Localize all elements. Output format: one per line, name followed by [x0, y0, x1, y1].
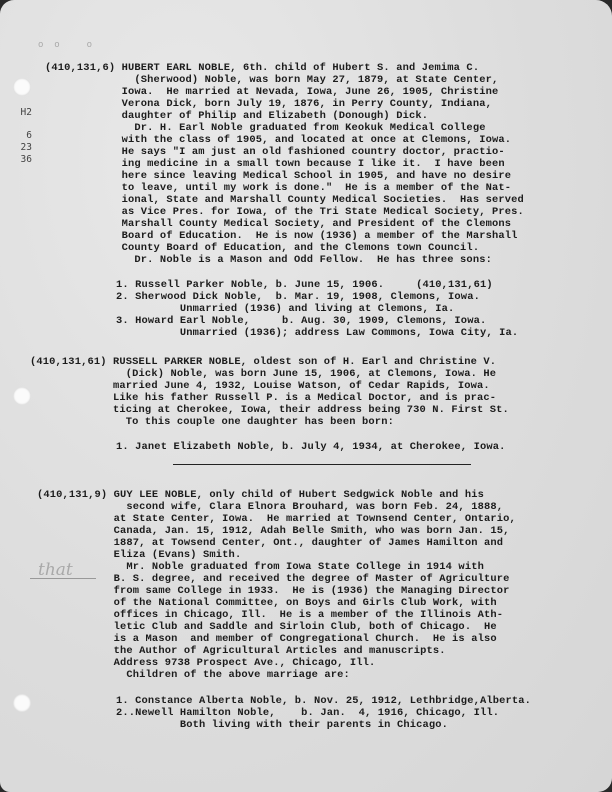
entry3-line: is a Mason and member of Congregational …: [37, 633, 497, 645]
handwritten-note: that: [38, 560, 73, 580]
entry3-line: offices in Chicago, Ill. He is a member …: [37, 609, 503, 621]
entry1-line: with the class of 1905, and located at o…: [45, 134, 511, 146]
entry3-line: second wife, Clara Elnora Brouhard, was …: [37, 501, 503, 513]
entry1-line: Marshall County Medical Society, and Pre…: [45, 218, 511, 230]
entry3-line: Canada, Jan. 15, 1912, Adah Belle Smith,…: [37, 525, 510, 537]
child-list-item: Both living with their parents in Chicag…: [116, 719, 448, 731]
child-list-item: 1. Constance Alberta Noble, b. Nov. 25, …: [116, 695, 531, 707]
entry3-line: at State Center, Iowa. He married at Tow…: [37, 513, 516, 525]
entry3-line: (410,131,9) GUY LEE NOBLE, only child of…: [37, 489, 484, 501]
entry3-line: 1887, at Towsend Center, Ont., daughter …: [37, 537, 503, 549]
entry2-line: Like his father Russell P. is a Medical …: [30, 392, 496, 404]
entry3-line: from same College in 1933. He is (1936) …: [37, 585, 510, 597]
entry1-line: ional, State and Marshall County Medical…: [45, 194, 524, 206]
entry3-line: of the National Committee, on Boys and G…: [37, 597, 497, 609]
entry3-line: B. S. degree, and received the degree of…: [37, 573, 510, 585]
entry1-line: County Board of Education, and the Clemo…: [45, 242, 479, 254]
child-list-item: Unmarried (1936); address Law Commons, I…: [116, 327, 518, 339]
typewritten-genealogy-page: o o o H2 6 23 36 (410,131,6) HUBERT EARL…: [0, 0, 612, 792]
entry1-line: daughter of Philip and Elizabeth (Donoug…: [45, 110, 428, 122]
entry2-line: married June 4, 1932, Louise Watson, of …: [30, 380, 490, 392]
margin-note-36: 36: [8, 154, 32, 165]
entry3-line: the Author of Agricultural Articles and …: [37, 645, 446, 657]
entry3-line: Mr. Noble graduated from Iowa State Coll…: [37, 561, 484, 573]
entry1-line: Dr. Noble is a Mason and Odd Fellow. He …: [45, 254, 492, 266]
entry2-line: ticing at Cherokee, Iowa, their address …: [30, 404, 509, 416]
margin-note-6: 6: [8, 130, 32, 141]
child-list-item: 1. Janet Elizabeth Noble, b. July 4, 193…: [116, 441, 506, 453]
entry3-line: letic Club and Saddle and Sirloin Club, …: [37, 621, 497, 633]
entry1-line: Dr. H. Earl Noble graduated from Keokuk …: [45, 122, 486, 134]
entry1-line: as Vice Pres. for Iowa, of the Tri State…: [45, 206, 524, 218]
faint-top-marks: o o o: [38, 40, 92, 50]
entry1-line: He says "I am just an old fashioned coun…: [45, 146, 505, 158]
punch-hole-top: [13, 78, 31, 96]
child-list-item: 2..Newell Hamilton Noble, b. Jan. 4, 191…: [116, 707, 499, 719]
entry2-line: (Dick) Noble, was born June 15, 1906, at…: [30, 368, 496, 380]
entry1-line: here since leaving Medical School in 190…: [45, 170, 511, 182]
entry1-line: (Sherwood) Noble, was born May 27, 1879,…: [45, 74, 498, 86]
entry2-line: To this couple one daughter has been bor…: [30, 416, 394, 428]
handwritten-underline: [30, 578, 96, 579]
entry1-line: Verona Dick, born July 19, 1876, in Perr…: [45, 98, 492, 110]
entry1-line: Iowa. He married at Nevada, Iowa, June 2…: [45, 86, 498, 98]
child-list-item: Unmarried (1936) and living at Clemons, …: [116, 303, 454, 315]
child-list-item: 3. Howard Earl Noble, b. Aug. 30, 1909, …: [116, 315, 486, 327]
entry1-line: (410,131,6) HUBERT EARL NOBLE, 6th. chil…: [45, 62, 479, 74]
entry1-line: ing medicine in a small town because I l…: [45, 158, 505, 170]
entry1-line: to leave, until my work is done." He is …: [45, 182, 511, 194]
entry2-line: (410,131,61) RUSSELL PARKER NOBLE, oldes…: [30, 356, 496, 368]
section-divider: [173, 464, 471, 465]
punch-hole-middle: [13, 387, 31, 405]
margin-note-23: 23: [8, 142, 32, 153]
child-list-item: 2. Sherwood Dick Noble, b. Mar. 19, 1908…: [116, 291, 480, 303]
margin-note-h2: H2: [8, 107, 32, 118]
punch-hole-bottom: [13, 694, 31, 712]
entry3-line: Address 9738 Prospect Ave., Chicago, Ill…: [37, 657, 375, 669]
entry1-line: Board of Education. He is now (1936) a m…: [45, 230, 518, 242]
entry3-line: Children of the above marriage are:: [37, 669, 350, 681]
child-list-item: 1. Russell Parker Noble, b. June 15, 190…: [116, 279, 493, 291]
